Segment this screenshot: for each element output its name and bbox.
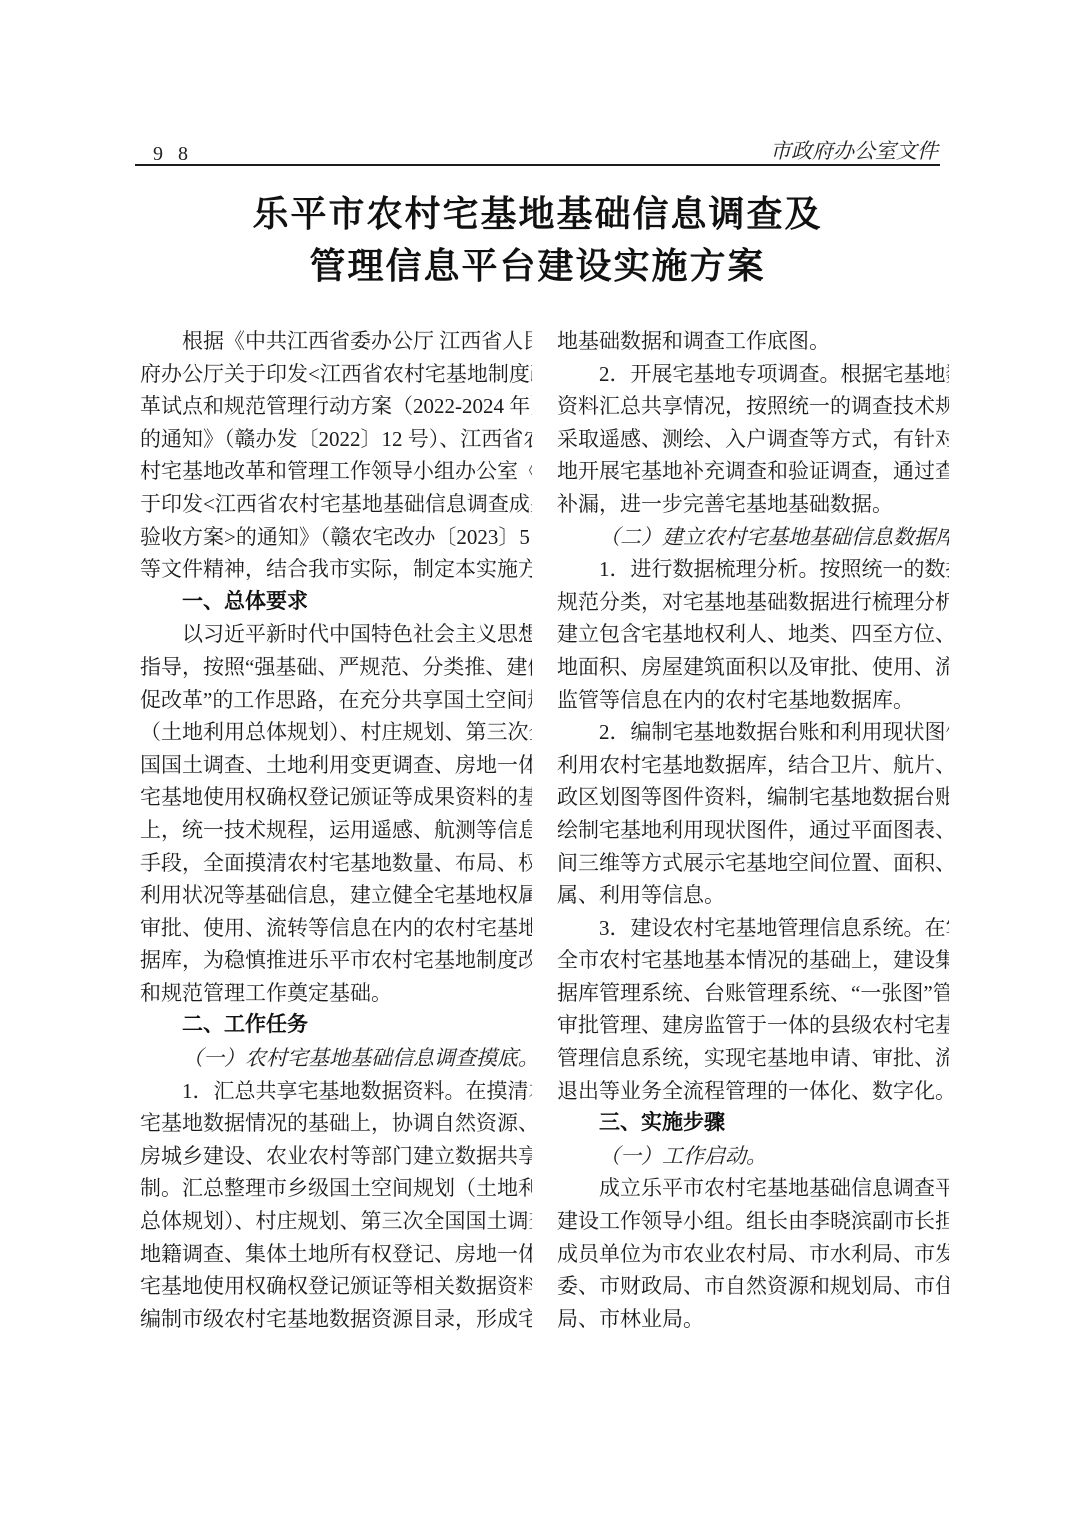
- header-doc-category-label: 市政府办公室文件: [770, 135, 938, 165]
- document-title-line-2: 管理信息平台建设实施方案: [135, 240, 940, 292]
- right-column: 地基础数据和调查工作底图。2．开展宅基地专项调查。根据宅基地数据资料汇总共享情况…: [557, 325, 949, 1335]
- document-body: 根据《中共江西省委办公厅 江西省人民政府办公厅关于印发<江西省农村宅基地制度改革…: [140, 325, 949, 1335]
- section-heading-line: 一、总体要求: [140, 586, 532, 619]
- text-line: 地籍调查、集体土地所有权登记、房地一体的: [140, 1238, 532, 1271]
- text-line: （土地利用总体规划）、村庄规划、第三次全: [140, 716, 532, 749]
- text-line: 审批管理、建房监管于一体的县级农村宅基地: [557, 1009, 949, 1042]
- text-line: 管理信息系统，实现宅基地申请、审批、流转、: [557, 1042, 949, 1075]
- text-line: 成立乐平市农村宅基地基础信息调查平台: [557, 1172, 949, 1205]
- text-line: 和规范管理工作奠定基础。: [140, 977, 532, 1010]
- page-number: 9 8: [153, 143, 193, 166]
- text-line: 促改革”的工作思路，在充分共享国土空间规划: [140, 684, 532, 717]
- subsection-heading-line: （一）工作启动。: [557, 1140, 949, 1173]
- text-line: 验收方案>的通知》（赣农宅改办〔2023〕5 号）: [140, 521, 532, 554]
- text-line: 利用状况等基础信息，建立健全宅基地权属、: [140, 879, 532, 912]
- text-line: 的通知》（赣办发〔2022〕12 号）、江西省农: [140, 423, 532, 456]
- left-column: 根据《中共江西省委办公厅 江西省人民政府办公厅关于印发<江西省农村宅基地制度改革…: [140, 325, 532, 1335]
- subsection-heading-line: （一）农村宅基地基础信息调查摸底。: [140, 1042, 532, 1075]
- text-line: 监管等信息在内的农村宅基地数据库。: [557, 684, 949, 717]
- text-line: 以习近平新时代中国特色社会主义思想为: [140, 618, 532, 651]
- text-line: 1．进行数据梳理分析。按照统一的数据库: [557, 553, 949, 586]
- text-line: 据库，为稳慎推进乐平市农村宅基地制度改革: [140, 944, 532, 977]
- text-line: 总体规划）、村庄规划、第三次全国国土调查、: [140, 1205, 532, 1238]
- text-line: 审批、使用、流转等信息在内的农村宅基地数: [140, 912, 532, 945]
- text-line: 补漏，进一步完善宅基地基础数据。: [557, 488, 949, 521]
- text-line: 指导，按照“强基础、严规范、分类推、建体系、: [140, 651, 532, 684]
- text-line: 于印发<江西省农村宅基地基础信息调查成果: [140, 488, 532, 521]
- text-line: 国国土调查、土地利用变更调查、房地一体的: [140, 749, 532, 782]
- text-line: 属、利用等信息。: [557, 879, 949, 912]
- header-rule: [135, 164, 940, 166]
- text-line: 采取遥感、测绘、入户调查等方式，有针对性: [557, 423, 949, 456]
- text-line: 宅基地数据情况的基础上，协调自然资源、住: [140, 1107, 532, 1140]
- section-heading-line: 二、工作任务: [140, 1009, 532, 1042]
- text-line: 规范分类，对宅基地基础数据进行梳理分析，: [557, 586, 949, 619]
- text-line: 府办公厅关于印发<江西省农村宅基地制度改: [140, 358, 532, 391]
- text-line: 政区划图等图件资料，编制宅基地数据台账，: [557, 781, 949, 814]
- text-line: 革试点和规范管理行动方案（2022-2024 年）>: [140, 390, 532, 423]
- text-line: 退出等业务全流程管理的一体化、数字化。: [557, 1075, 949, 1108]
- text-line: 委、市财政局、市自然资源和规划局、市住建: [557, 1270, 949, 1303]
- text-line: 全市农村宅基地基本情况的基础上，建设集数: [557, 944, 949, 977]
- text-line: 1．汇总共享宅基地数据资料。在摸清本市: [140, 1075, 532, 1108]
- text-line: 地面积、房屋建筑面积以及审批、使用、流转、: [557, 651, 949, 684]
- text-line: 手段，全面摸清农村宅基地数量、布局、权属、: [140, 847, 532, 880]
- text-line: 宅基地使用权确权登记颁证等成果资料的基础: [140, 781, 532, 814]
- text-line: 房城乡建设、农业农村等部门建立数据共享机: [140, 1140, 532, 1173]
- text-line: 根据《中共江西省委办公厅 江西省人民政: [140, 325, 532, 358]
- text-line: 建立包含宅基地权利人、地类、四至方位、宗: [557, 618, 949, 651]
- text-line: 绘制宅基地利用现状图件，通过平面图表、空: [557, 814, 949, 847]
- text-line: 地基础数据和调查工作底图。: [557, 325, 949, 358]
- text-line: 资料汇总共享情况，按照统一的调查技术规程，: [557, 390, 949, 423]
- text-line: 村宅基地改革和管理工作领导小组办公室《关: [140, 455, 532, 488]
- text-line: 据库管理系统、台账管理系统、“一张图”管理、: [557, 977, 949, 1010]
- text-line: 利用农村宅基地数据库，结合卫片、航片、行: [557, 749, 949, 782]
- section-heading-line: 三、实施步骤: [557, 1107, 949, 1140]
- text-line: 间三维等方式展示宅基地空间位置、面积、权: [557, 847, 949, 880]
- text-line: 局、市林业局。: [557, 1303, 949, 1336]
- document-title: 乐平市农村宅基地基础信息调查及 管理信息平台建设实施方案: [135, 188, 940, 292]
- text-line: 成员单位为市农业农村局、市水利局、市发改: [557, 1238, 949, 1271]
- text-line: 2．开展宅基地专项调查。根据宅基地数据: [557, 358, 949, 391]
- text-line: 编制市级农村宅基地数据资源目录，形成宅基: [140, 1303, 532, 1336]
- document-title-line-1: 乐平市农村宅基地基础信息调查及: [135, 188, 940, 240]
- text-line: 制。汇总整理市乡级国土空间规划（土地利用: [140, 1172, 532, 1205]
- text-line: 建设工作领导小组。组长由李晓滨副市长担任，: [557, 1205, 949, 1238]
- document-page: 9 8 市政府办公室文件 乐平市农村宅基地基础信息调查及 管理信息平台建设实施方…: [0, 0, 1074, 1520]
- text-line: 等文件精神，结合我市实际，制定本实施方案。: [140, 553, 532, 586]
- text-line: 宅基地使用权确权登记颁证等相关数据资料，: [140, 1270, 532, 1303]
- text-line: 2．编制宅基地数据台账和利用现状图件。: [557, 716, 949, 749]
- text-line: 3．建设农村宅基地管理信息系统。在掌握: [557, 912, 949, 945]
- subsection-heading-line: （二）建立农村宅基地基础信息数据库。: [557, 521, 949, 554]
- text-line: 上，统一技术规程，运用遥感、航测等信息化: [140, 814, 532, 847]
- text-line: 地开展宅基地补充调查和验证调查，通过查缺: [557, 455, 949, 488]
